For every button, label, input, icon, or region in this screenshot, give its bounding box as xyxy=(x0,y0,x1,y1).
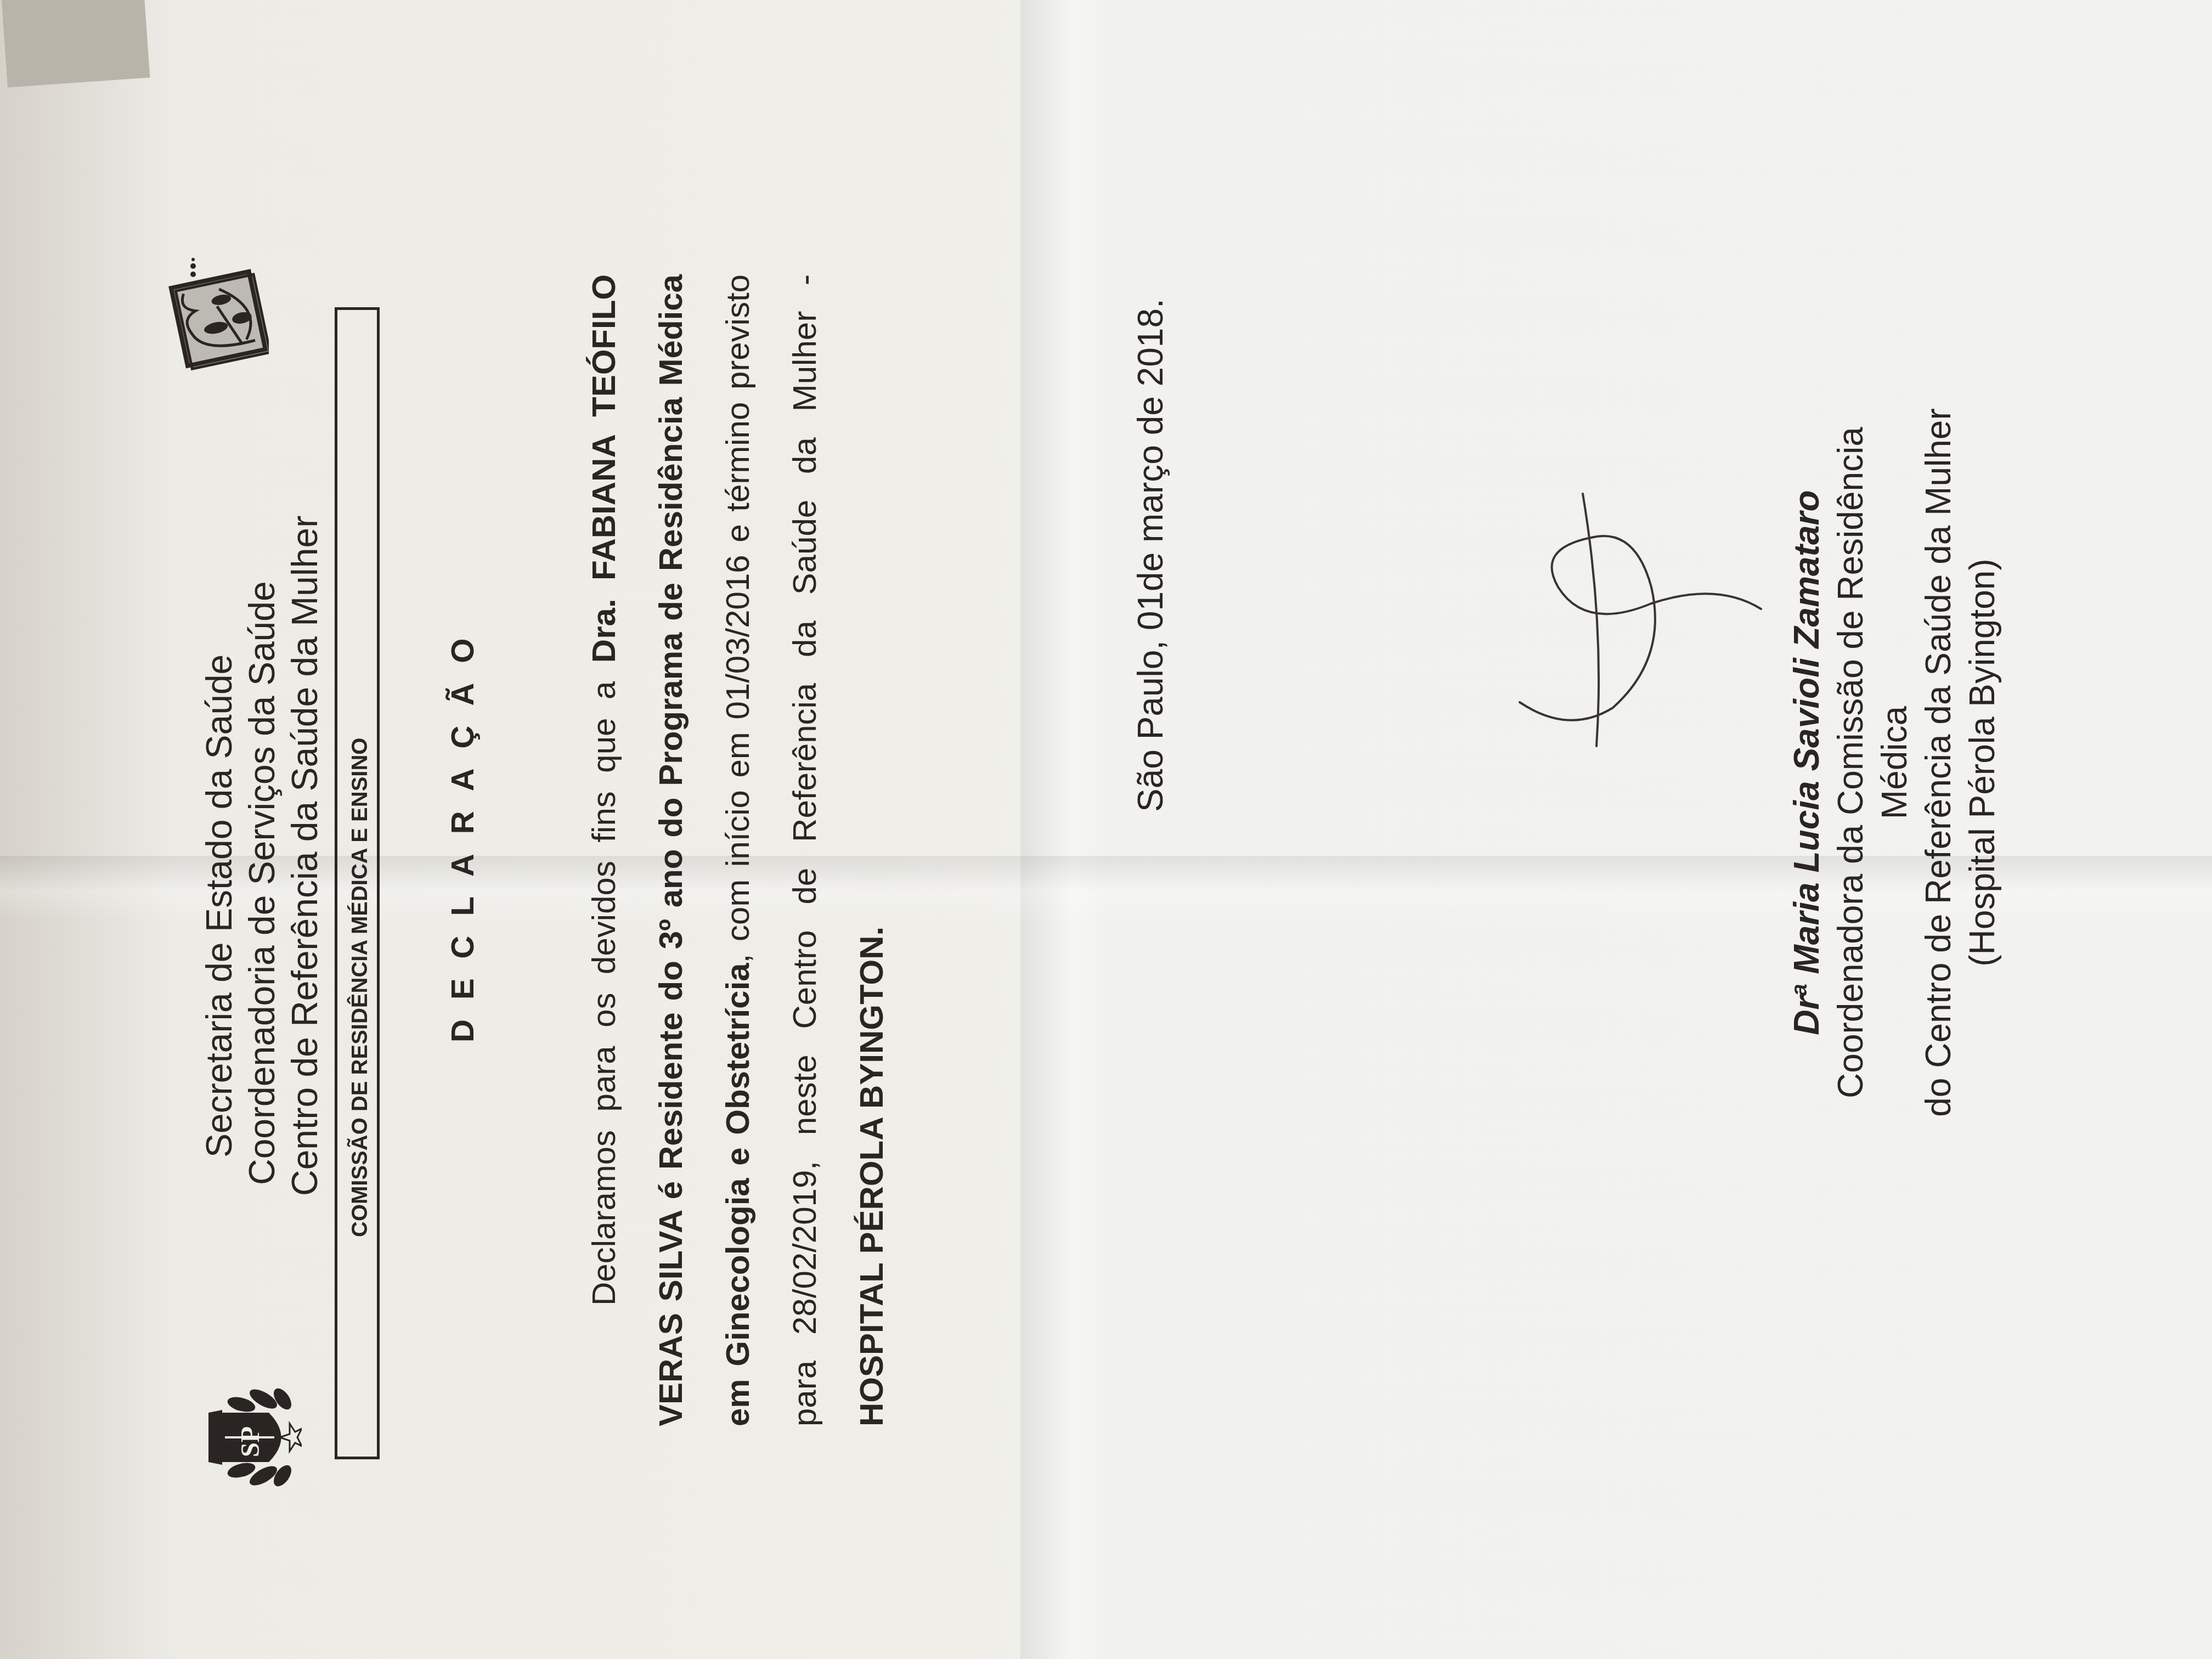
crest-letters: SP xyxy=(236,1426,265,1457)
declaration-document: SP Secretaria de Estado da Saúde Coorden… xyxy=(137,33,2167,1624)
letterhead-line-3: Centro de Referência da Saúde da Mulher xyxy=(283,538,326,1196)
photo-stage: SP Secretaria de Estado da Saúde Coorden… xyxy=(0,0,2212,1659)
handwritten-signature xyxy=(1487,472,1772,768)
signer-role-1: Coordenadora da Comissão de Residência M… xyxy=(1829,406,1916,1119)
signer-role-2: do Centro de Referência da Saúde da Mulh… xyxy=(1916,406,1960,1119)
letterhead: SP Secretaria de Estado da Saúde Coorden… xyxy=(137,33,318,1624)
letterhead-line-1: Secretaria de Estado da Saúde xyxy=(198,538,240,1196)
declaration-body: Declaramos para os devidos fins que a Dr… xyxy=(571,274,905,1426)
document-title: DECLARAÇÃO xyxy=(444,619,481,1042)
signer-role-3: (Hospital Pérola Byington) xyxy=(1960,406,2004,1119)
place-and-date: São Paulo, 01de março de 2018. xyxy=(1130,298,1171,812)
signer-name: Dra Maria Lucia Savioli Zamataro xyxy=(1778,406,1829,1119)
body-hospital-name: HOSPITAL PÉROLA BYINGTON. xyxy=(853,927,890,1426)
body-intro: Declaramos para os devidos fins que a xyxy=(585,663,622,1306)
sao-paulo-coat-of-arms-icon: SP xyxy=(198,1383,302,1492)
letterhead-line-2: Coordenadoria de Serviços da Saúde xyxy=(240,538,283,1196)
commission-heading: COMISSÃO DE RESIDÊNCIA MÉDICA E ENSINO xyxy=(335,307,380,1459)
letterhead-text: Secretaria de Estado da Saúde Coordenado… xyxy=(198,538,326,1196)
stylized-face-logo-icon xyxy=(159,258,269,373)
signer-block: Dra Maria Lucia Savioli Zamataro Coorden… xyxy=(1778,406,2004,1119)
